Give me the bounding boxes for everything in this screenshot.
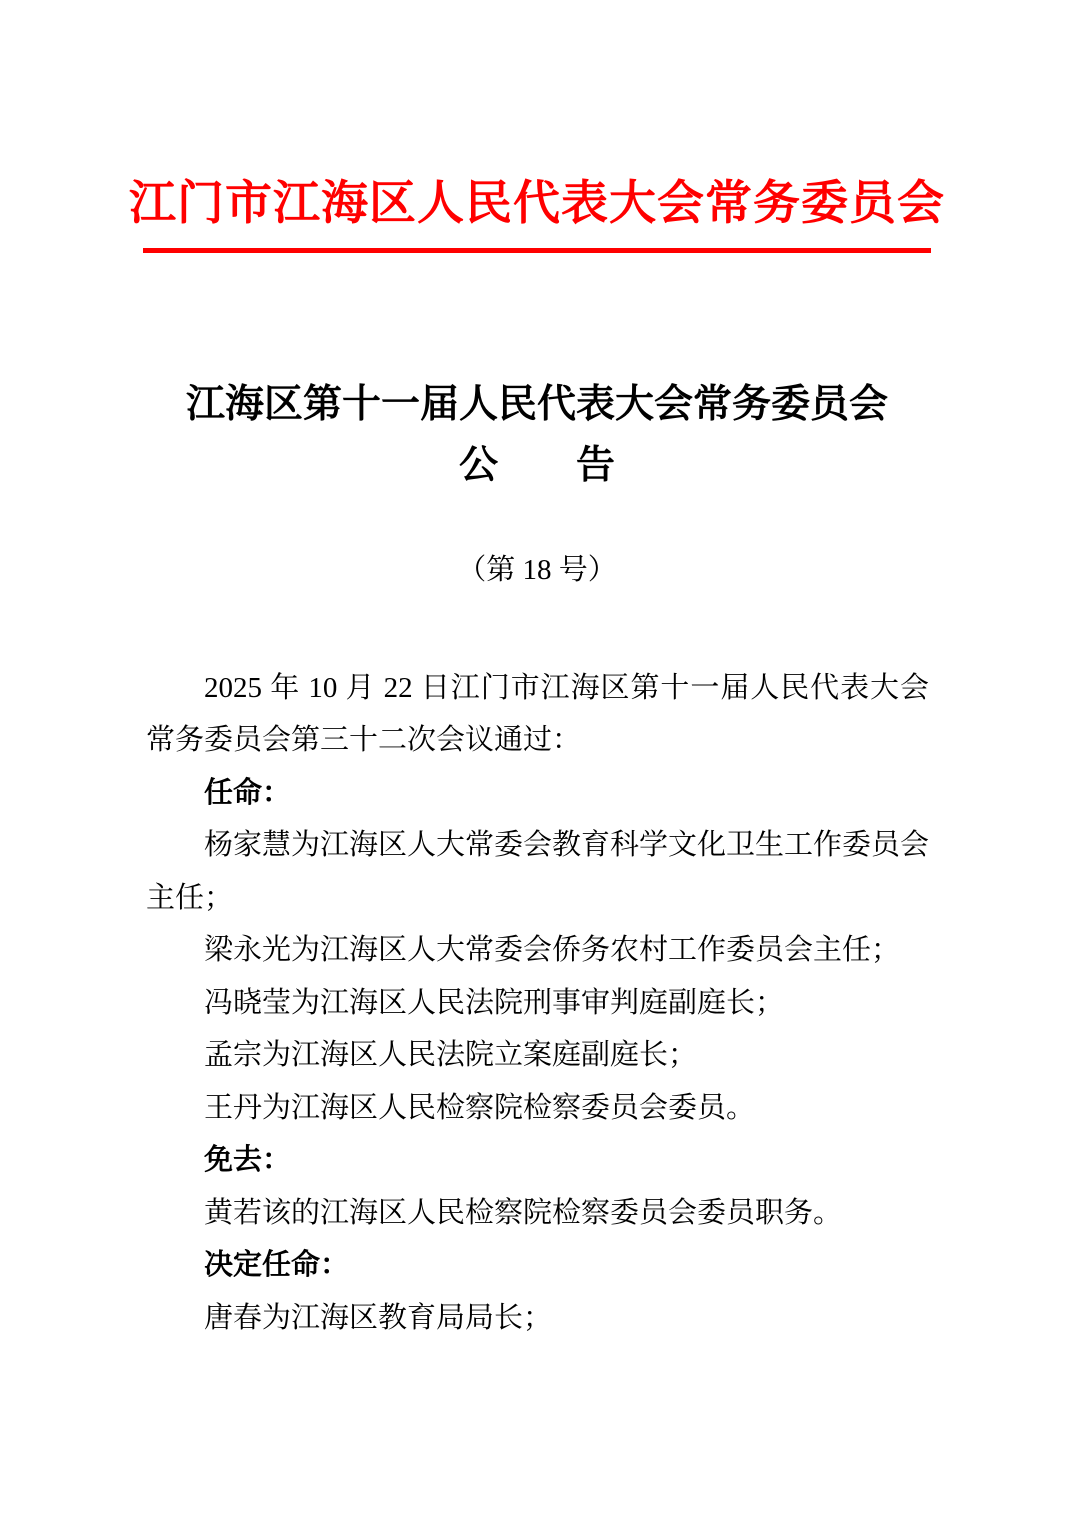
body-paragraph-appointment: 杨家慧为江海区人大常委会教育科学文化卫生工作委员会主任； (146, 819, 929, 924)
notice-body: 2025 年 10 月 22 日江门市江海区第十一届人民代表大会常务委员会第三十… (146, 662, 929, 1345)
body-paragraph-appointment: 王丹为江海区人民检察院检察委员会委员。 (146, 1082, 929, 1135)
body-paragraph-appointment: 孟宗为江海区人民法院立案庭副庭长； (146, 1029, 929, 1082)
body-paragraph-decided-appointment: 唐春为江海区教育局局长； (146, 1292, 929, 1345)
notice-subtitle: 公 告 (0, 442, 1074, 491)
body-paragraph-intro: 2025 年 10 月 22 日江门市江海区第十一届人民代表大会常务委员会第三十… (146, 662, 929, 767)
body-paragraph-appointment: 梁永光为江海区人大常委会侨务农村工作委员会主任； (146, 924, 929, 977)
section-label-removals: 免去： (146, 1134, 929, 1187)
body-paragraph-removal: 黄若该的江海区人民检察院检察委员会委员职务。 (146, 1187, 929, 1240)
body-paragraph-appointment: 冯晓莹为江海区人民法院刑事审判庭副庭长； (146, 977, 929, 1030)
notice-title: 江海区第十一届人民代表大会常务委员会 (0, 381, 1074, 430)
section-label-decided-appointments: 决定任命： (146, 1239, 929, 1292)
document-page: 江门市江海区人民代表大会常务委员会 江海区第十一届人民代表大会常务委员会 公 告… (0, 0, 1074, 1520)
notice-doc-number: （第 18 号） (0, 547, 1074, 588)
letterhead-org-title: 江门市江海区人民代表大会常务委员会 (0, 176, 1074, 232)
section-label-appointments: 任命： (146, 767, 929, 820)
letterhead-divider-rule (143, 248, 931, 253)
